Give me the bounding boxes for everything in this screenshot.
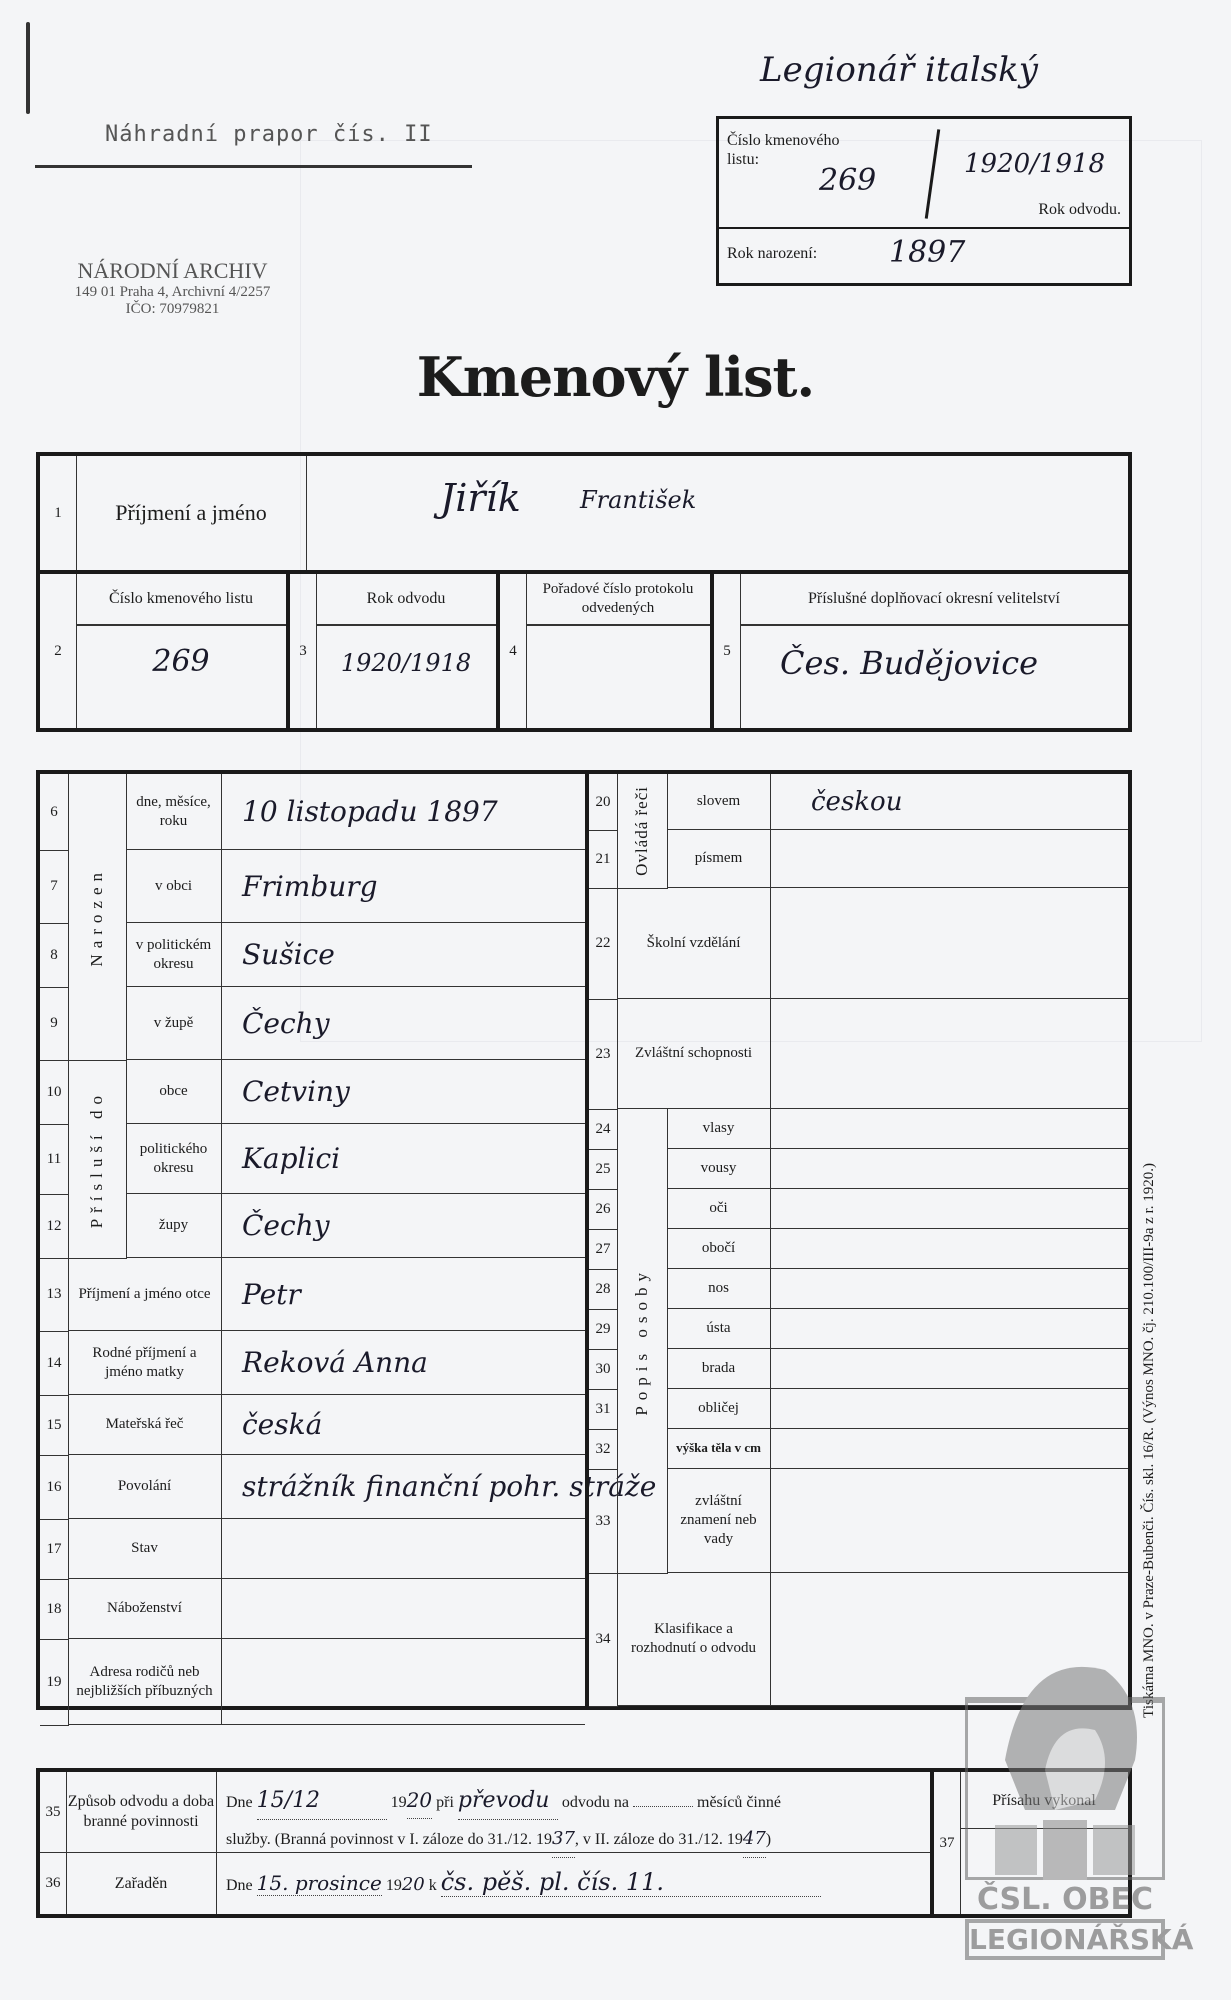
row-number: 34 [589, 1573, 618, 1707]
field-value: strážník finanční pohr. stráže [222, 1455, 585, 1519]
field-label: Příjmení a jméno otce [68, 1258, 222, 1331]
district-command-value: Čes. Budějovice [780, 644, 1038, 682]
row-number: 25 [589, 1149, 618, 1190]
row-number: 37 [934, 1772, 961, 1914]
row-number: 32 [589, 1429, 618, 1470]
draft-method-text: Dne 15/12 1920 při převodu odvodu na měs… [226, 1782, 926, 1858]
text: odvodu na [562, 1794, 629, 1811]
field-value [771, 1429, 1128, 1469]
left-column: 6dne, měsíce, roku10 listopadu 18977v ob… [40, 774, 585, 1706]
row-number: 20 [589, 774, 618, 831]
row-number: 35 [40, 1772, 67, 1852]
field-value [771, 999, 1128, 1109]
archive-ico: IČO: 70979821 [60, 301, 285, 318]
group-born: Narozen [68, 774, 127, 1061]
field-value [771, 1389, 1128, 1429]
group-belongs-label: Přísluší do [87, 1090, 107, 1228]
surname-name-label: Příjmení a jméno [76, 456, 307, 570]
field-value [222, 1519, 585, 1579]
field-label: Klasifikace a rozhodnutí o odvodu [617, 1573, 771, 1706]
row-number: 5 [714, 574, 741, 728]
birth-year-label: Rok narození: [727, 245, 817, 263]
field-value: 10 listopadu 1897 [222, 774, 585, 850]
assigned-text: Dne 15. prosince 1920 k čs. pěš. pl. čís… [226, 1868, 926, 1897]
field-label: obce [126, 1060, 222, 1124]
row-number: 8 [40, 923, 69, 988]
field-value: Čechy [222, 1194, 585, 1258]
summary-divider [719, 227, 1129, 229]
field-value: Cetviny [222, 1060, 585, 1124]
page-title: Kmenový list. [0, 345, 1231, 409]
unit-stamp: Náhradní prapor čís. II [105, 122, 433, 147]
field-value [222, 1639, 585, 1725]
row-number: 3 [290, 574, 317, 728]
row-number: 23 [589, 999, 618, 1110]
row-number: 30 [589, 1349, 618, 1390]
row-number: 36 [40, 1853, 67, 1914]
group-language-label: Ovládá řeči [632, 786, 652, 876]
field-label: v obci [126, 850, 222, 923]
row-number: 26 [589, 1189, 618, 1230]
field-label: v župě [126, 987, 222, 1060]
assigned-label: Zařaděn [66, 1853, 217, 1914]
binder-mark [26, 22, 30, 114]
archive-stamp: NÁRODNÍ ARCHIV 149 01 Praha 4, Archivní … [60, 258, 285, 318]
row-number: 9 [40, 987, 69, 1061]
summary-box: Číslo kmenového listu: 269 1920/1918 Rok… [716, 116, 1132, 286]
draft-kind-value: převodu [458, 1783, 558, 1820]
row-number: 29 [589, 1309, 618, 1350]
draft-year-value: 1920/1918 [316, 649, 496, 677]
surname-value: Jiřík [440, 476, 521, 520]
legionnaire-note: Legionář italský [760, 50, 1038, 90]
field-value: českou [771, 774, 1128, 830]
field-value [771, 1573, 1128, 1706]
field-label: Mateřská řeč [68, 1395, 222, 1455]
row-number: 15 [40, 1395, 69, 1456]
field-value: Petr [222, 1258, 585, 1331]
text: ) [766, 1831, 771, 1848]
archive-address: 149 01 Praha 4, Archivní 4/2257 [60, 284, 285, 301]
field-label: Povolání [68, 1455, 222, 1519]
field-label: vousy [667, 1149, 771, 1189]
field-label: obličej [667, 1389, 771, 1429]
sheet-number-value: 269 [76, 644, 286, 679]
field-value: Reková Anna [222, 1331, 585, 1395]
text: Dne [226, 1877, 253, 1894]
text: při [436, 1794, 454, 1811]
row-number: 17 [40, 1519, 69, 1580]
firstname-value: František [580, 486, 696, 514]
assigned-year-suffix: 20 [402, 1874, 425, 1895]
watermark-line2: LEGIONÁŘSKÁ [965, 1919, 1165, 1960]
sheet-number-label: Číslo kmenového listu [76, 574, 286, 626]
draft-date-value: 15/12 [257, 1783, 387, 1820]
row-number: 21 [589, 830, 618, 889]
row-number: 11 [40, 1124, 69, 1195]
assigned-unit-value: čs. pěš. pl. čís. 11. [441, 1868, 821, 1897]
row-1: 1 Příjmení a jméno Jiřík František [40, 456, 1128, 574]
field-value: Čechy [222, 987, 585, 1060]
draft-year-label: Rok odvodu [316, 574, 496, 626]
row-number: 31 [589, 1389, 618, 1430]
district-command-label: Příslušné doplňovací okresní velitelství [740, 574, 1128, 626]
field-label: Stav [68, 1519, 222, 1579]
field-label: vlasy [667, 1109, 771, 1149]
field-label: Školní vzdělání [617, 888, 771, 999]
field-value [771, 1149, 1128, 1189]
row-2: 2 Číslo kmenového listu 269 3 Rok odvodu… [40, 574, 1128, 728]
row-number: 33 [589, 1469, 618, 1574]
field-label: v politickém okresu [126, 923, 222, 987]
field-value: Sušice [222, 923, 585, 987]
row-number: 19 [40, 1639, 69, 1726]
section-top: 1 Příjmení a jméno Jiřík František 2 Čís… [36, 452, 1132, 732]
field-label: oči [667, 1189, 771, 1229]
field-value [771, 1109, 1128, 1149]
stamp-underline [35, 165, 472, 168]
field-label: obočí [667, 1229, 771, 1269]
section-bottom: 35 Způsob odvodu a doba branné povinnost… [36, 1768, 1132, 1918]
draft-year-value: 1920/1918 [964, 149, 1105, 179]
draft-method-label: Způsob odvodu a doba branné povinnosti [66, 1772, 217, 1852]
row-number: 18 [40, 1579, 69, 1640]
imprint-text: Tiskárna MNO. v Praze-Bubenči. Čís. skl.… [1141, 1163, 1158, 1718]
field-label: brada [667, 1349, 771, 1389]
row-number: 10 [40, 1060, 69, 1125]
field-label: dne, měsíce, roku [126, 774, 222, 850]
text: Dne [226, 1794, 253, 1811]
field-label: výška těla v cm [667, 1429, 771, 1469]
row-number: 12 [40, 1194, 69, 1259]
field-value: Frimburg [222, 850, 585, 923]
row-number: 24 [589, 1109, 618, 1150]
birth-year-value: 1897 [889, 235, 965, 270]
row-number: 1 [40, 456, 77, 570]
field-label: nos [667, 1269, 771, 1309]
field-label: písmem [667, 830, 771, 888]
text: 19 [391, 1794, 407, 1811]
section-middle: 6dne, měsíce, roku10 listopadu 18977v ob… [36, 770, 1132, 1710]
group-belongs: Přísluší do [68, 1060, 127, 1259]
field-label: slovem [667, 774, 771, 830]
oath-label: Přísahu vykonal [960, 1792, 1128, 1829]
field-value [771, 1229, 1128, 1269]
row-number: 7 [40, 850, 69, 924]
field-value [771, 830, 1128, 888]
field-label: Zvláštní schopnosti [617, 999, 771, 1109]
field-value [771, 1189, 1128, 1229]
field-label: Náboženství [68, 1579, 222, 1639]
text: měsíců činné [697, 1794, 781, 1811]
divider-slash [925, 129, 940, 219]
row-number: 27 [589, 1229, 618, 1270]
row-number: 14 [40, 1331, 69, 1396]
group-language: Ovládá řeči [617, 774, 668, 889]
field-label: župy [126, 1194, 222, 1258]
row-number: 16 [40, 1455, 69, 1520]
assigned-date-value: 15. prosince [257, 1871, 382, 1896]
right-column: 20slovemčeskou21písmem22Školní vzdělání2… [589, 774, 1128, 1706]
group-description: Popis osoby [617, 1109, 668, 1574]
side-imprint: Tiskárna MNO. v Praze-Bubenči. Čís. skl.… [1136, 1060, 1162, 1820]
row-number: 2 [40, 574, 77, 728]
months-blank [633, 1806, 693, 1807]
group-born-label: Narozen [87, 867, 107, 967]
archive-name: NÁRODNÍ ARCHIV [60, 258, 285, 284]
group-description-label: Popis osoby [632, 1267, 652, 1416]
field-value [771, 1269, 1128, 1309]
field-value [222, 1579, 585, 1639]
sheet-no-value: 269 [819, 163, 876, 198]
draft-year-label: Rok odvodu. [1038, 201, 1121, 219]
field-value [771, 1349, 1128, 1389]
row-number: 28 [589, 1269, 618, 1310]
text: 19 [386, 1877, 402, 1894]
row-number: 22 [589, 888, 618, 1000]
field-value [771, 888, 1128, 999]
field-label: ústa [667, 1309, 771, 1349]
text: , v II. záloze do 31./12. 19 [575, 1831, 743, 1848]
row-number: 13 [40, 1258, 69, 1332]
row-number: 6 [40, 774, 69, 851]
field-label: Rodné příjmení a jméno matky [68, 1331, 222, 1395]
field-label: Adresa rodičů neb nejbližších příbuzných [68, 1639, 222, 1725]
field-value: Kaplici [222, 1124, 585, 1194]
text: k [429, 1877, 437, 1894]
protocol-number-label: Pořadové číslo protokolu odvedených [526, 574, 710, 626]
field-value [771, 1469, 1128, 1573]
field-label: politického okresu [126, 1124, 222, 1194]
draft-year-suffix: 20 [407, 1782, 432, 1819]
row-number: 4 [500, 574, 527, 728]
field-value [771, 1309, 1128, 1349]
text: služby. (Branná povinnost v I. záloze do… [226, 1831, 552, 1848]
field-label: zvláštní znamení neb vady [667, 1469, 771, 1573]
field-value: česká [222, 1395, 585, 1455]
